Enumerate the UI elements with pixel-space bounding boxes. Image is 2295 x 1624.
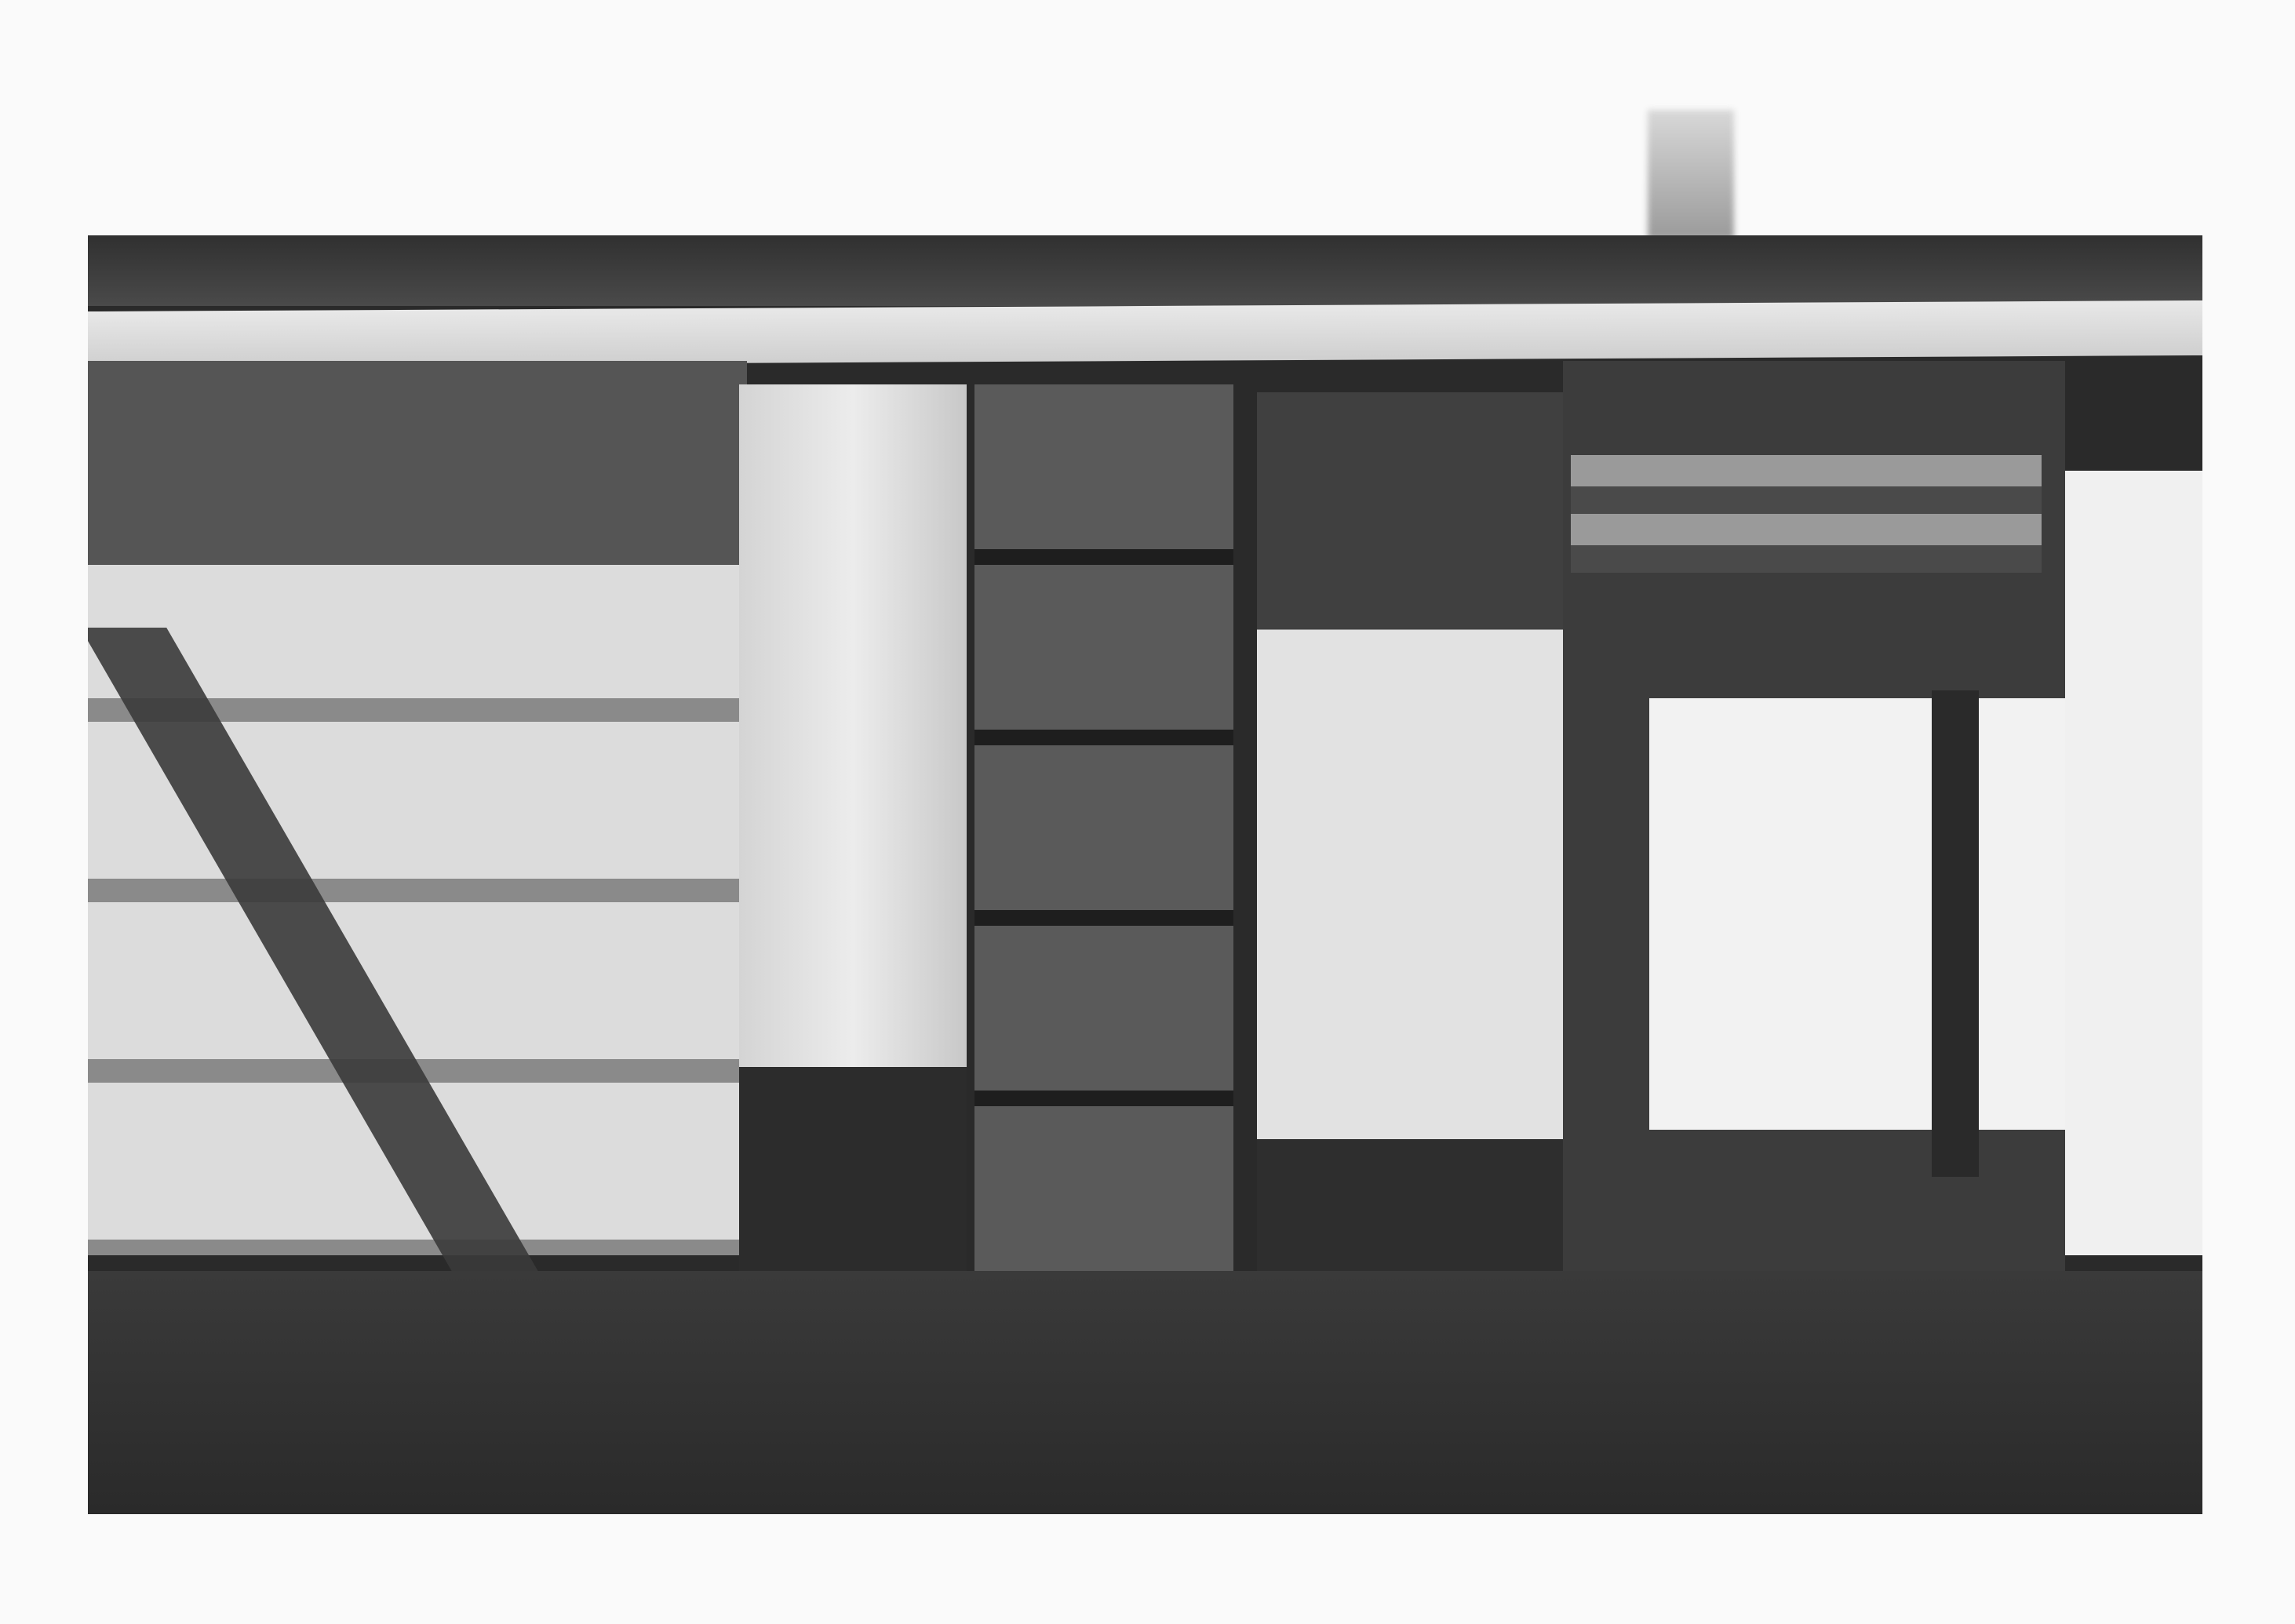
flaking-plaster	[1571, 455, 2042, 573]
top-beam-lit-edge	[88, 300, 2202, 366]
top-beam	[88, 235, 2202, 306]
center-post	[1257, 392, 1563, 1271]
right-edge-highlight	[2065, 471, 2202, 1255]
photograph: Black-and-white photograph of an old wal…	[88, 235, 2202, 1514]
light-opening-shadow-bar	[1932, 690, 1979, 1177]
background-chimney	[1648, 110, 1734, 239]
center-brick-column	[974, 384, 1233, 1271]
left-brick-upper-shadow	[88, 361, 747, 565]
left-post-shadow	[739, 1067, 967, 1271]
bottom-beam	[88, 1271, 2202, 1514]
light-opening	[1649, 698, 2089, 1130]
